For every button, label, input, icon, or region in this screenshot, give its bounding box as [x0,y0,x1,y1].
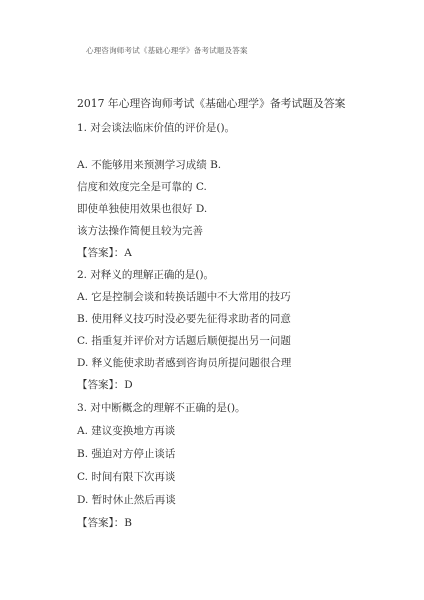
question-2-answer: 【答案】：D [77,378,133,392]
question-3-stem: 3. 对中断概念的理解不正确的是()。 [77,401,246,415]
question-1-stem: 1. 对会谈法临床价值的评价是()。 [77,121,235,135]
document-page: 心理咨询师考试《基础心理学》备考试题及答案 2017 年心理咨询师考试《基础心理… [0,0,424,600]
question-3-option-b: B. 强迫对方停止谈话 [77,447,175,461]
question-3-option-c: C. 时间有限下次再谈 [77,470,175,484]
question-1-line: 该方法操作简便且较为完善 [77,224,203,238]
question-3-option-a: A. 建议变换地方再谈 [77,424,175,438]
question-2-stem: 2. 对释义的理解正确的是()。 [77,268,214,282]
question-2-option-b: B. 使用释义技巧时没必要先征得求助者的同意 [77,312,291,326]
running-header: 心理咨询师考试《基础心理学》备考试题及答案 [86,45,248,56]
question-1-line: 信度和效度完全是可靠的 C. [77,180,207,194]
question-1-line: 即使单独使用效果也很好 D. [77,202,207,216]
document-title: 2017 年心理咨询师考试《基础心理学》备考试题及答案 [77,97,345,111]
question-1-line: A. 不能够用来预测学习成绩 B. [77,158,221,172]
question-2-option-d: D. 释义能使求助者感到咨询员所提问题很合理 [77,356,291,370]
question-2-option-a: A. 它是控制会谈和转换话题中不大常用的技巧 [77,290,291,304]
question-1-answer: 【答案】：A [77,246,132,260]
question-2-option-c: C. 指重复并评价对方话题后顺便提出另一问题 [77,334,291,348]
question-3-option-d: D. 暂时休止然后再谈 [77,493,176,507]
question-3-answer: 【答案】：B [77,516,132,530]
